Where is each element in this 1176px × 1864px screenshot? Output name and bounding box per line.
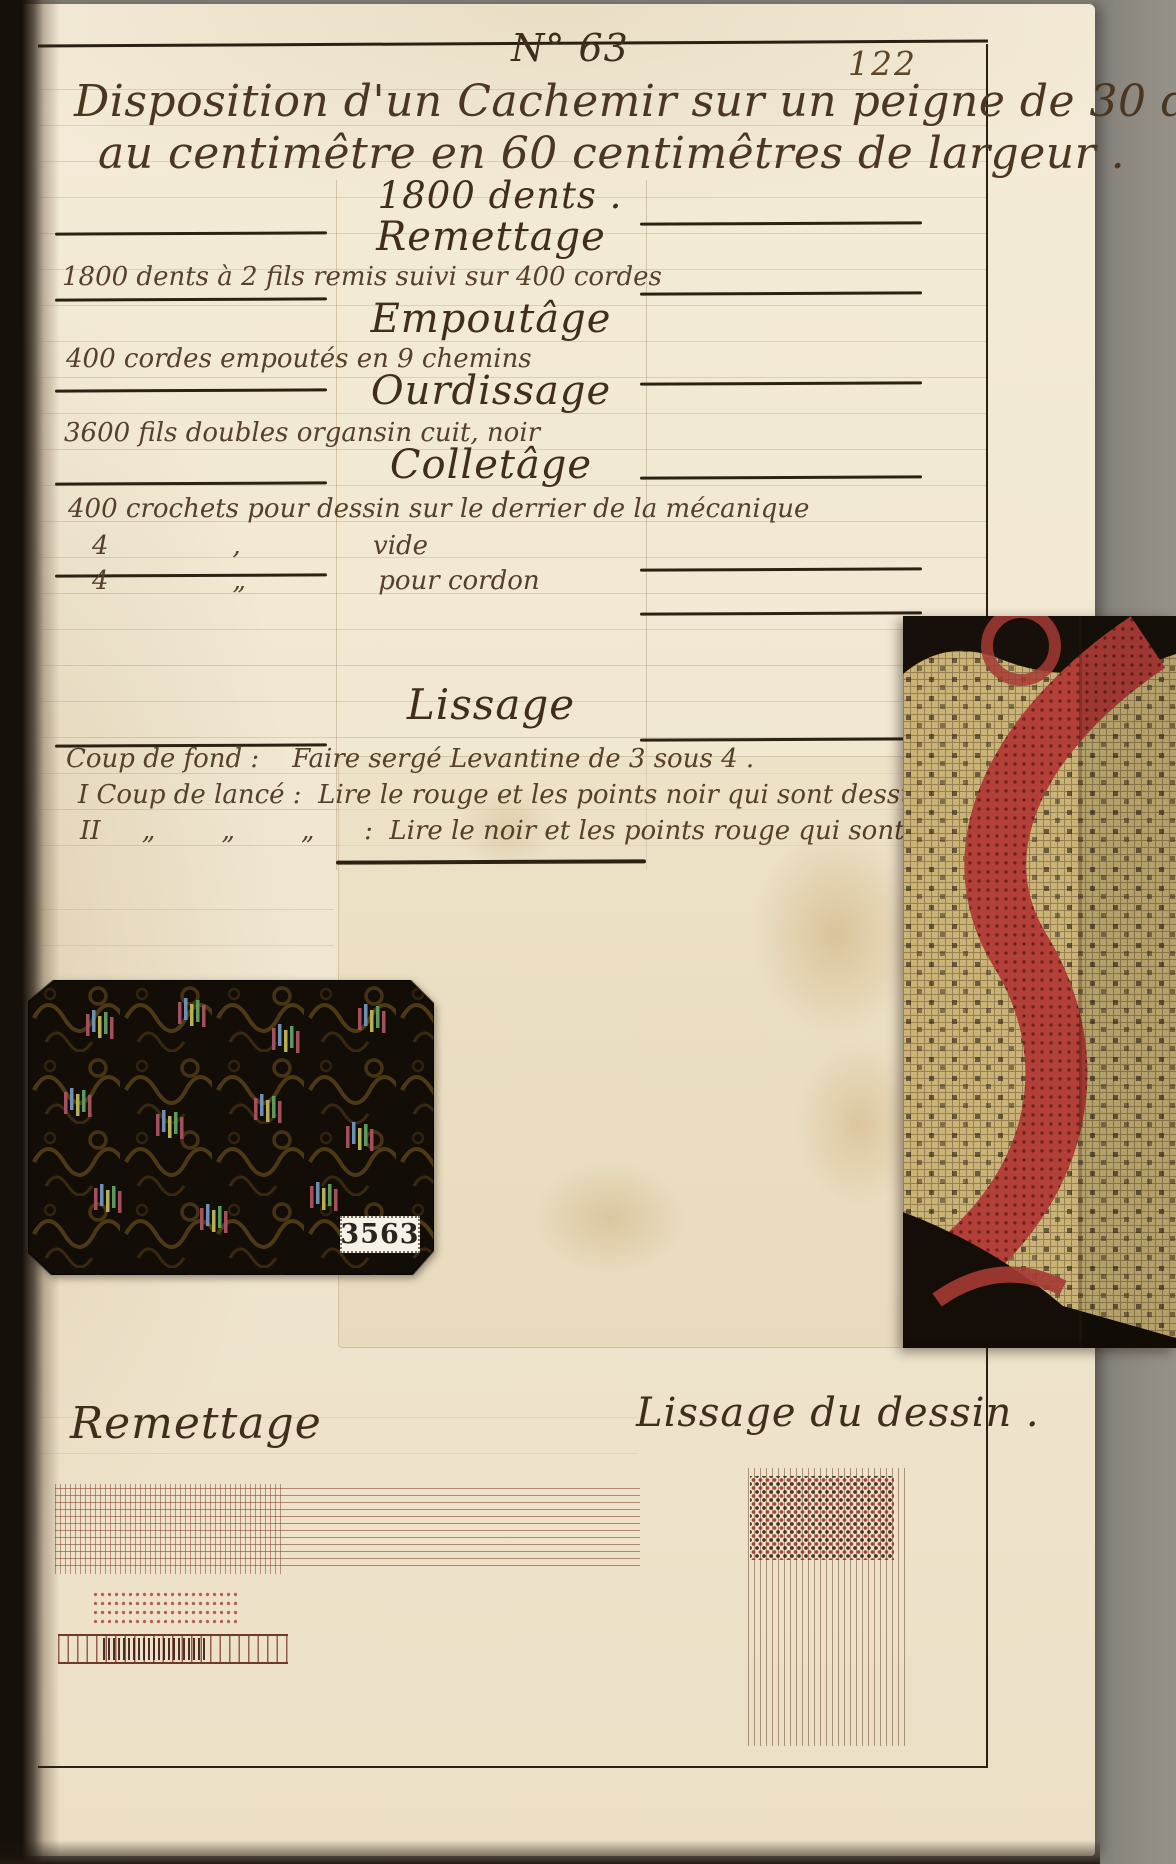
colletage-line-3: 4 „ pour cordon: [92, 566, 540, 596]
lissage-line-1: Coup de fond : Faire sergé Levantine de …: [66, 744, 754, 774]
ruled-lines-left: [38, 874, 334, 978]
remettage-line: 1800 dents à 2 fils remis suivi sur 400 …: [62, 262, 662, 292]
remettage-diagram-verticals: [55, 1484, 285, 1574]
colletage-line-1: 400 crochets pour dessin sur le derrier …: [68, 494, 809, 524]
remettage-comb-band-dense: [103, 1638, 206, 1660]
entry-number: N° 63: [440, 26, 700, 70]
lissage-line-2: I Coup de lancé : Lire le rouge et les p…: [78, 780, 1047, 810]
bottom-heading-lissage-du-dessin: Lissage du dessin .: [636, 1390, 936, 1436]
lissage-diagram-dot-grid: [750, 1476, 894, 1560]
heading-colletage: Colletâge: [336, 442, 646, 488]
heading-lissage: Lissage: [336, 680, 646, 729]
colletage-line-2: 4 , vide: [92, 531, 428, 561]
remettage-diagram-dots: [92, 1590, 240, 1624]
point-paper-pattern-swatch: [903, 616, 1176, 1348]
heading-remettage: Remettage: [336, 214, 646, 260]
sample-number-label: 3563: [340, 1216, 420, 1253]
heading-empoutage: Empoutâge: [336, 296, 646, 342]
title-line-1: Disposition d'un Cachemir sur un peigne …: [74, 76, 1176, 127]
scanned-notebook-photo: N° 63 122 Disposition d'un Cachemir sur …: [0, 0, 1176, 1864]
title-line-2: au centimêtre en 60 centimêtres de large…: [98, 128, 1125, 179]
heading-ourdissage: Ourdissage: [336, 368, 646, 414]
dents-total: 1800 dents .: [360, 174, 640, 217]
page-bottom-edge: [0, 1840, 1100, 1864]
bottom-heading-remettage: Remettage: [70, 1398, 300, 1449]
frame-rule-bottom: [38, 1766, 988, 1768]
